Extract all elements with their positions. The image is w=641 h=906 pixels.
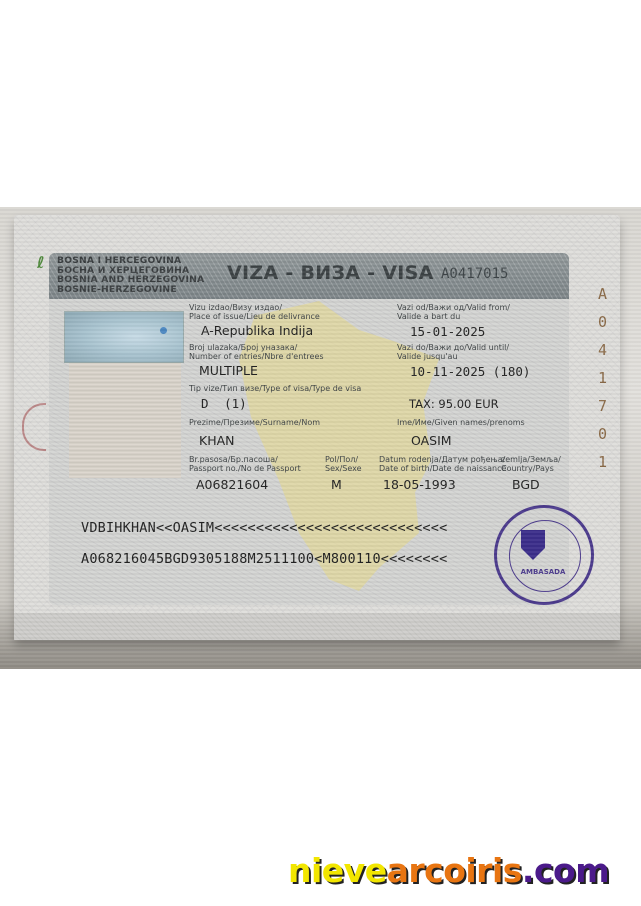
mrz-line-1: VDBIHKHAN<<OASIM<<<<<<<<<<<<<<<<<<<<<<<<…: [81, 520, 447, 536]
surname-label: Prezime/Презиме/Surname/Nom: [189, 418, 320, 427]
dob-label: Datum rodenja/Датум рођења/ Date of birt…: [379, 455, 506, 473]
dob-label-2: Date of birth/Date de naissance: [379, 464, 506, 473]
passport-no-value: A06821604: [196, 477, 268, 492]
passport-no-label-1: Br.pasosa/Бр.пасоша/: [189, 455, 301, 464]
sex-label: Pol/Пол/ Sex/Sexe: [325, 455, 362, 473]
dob-label-1: Datum rodenja/Датум рођења/: [379, 455, 506, 464]
visa-title: VIZA - ВИЗА - VISA: [227, 262, 434, 284]
dob-value: 18-05-1993: [383, 477, 456, 492]
watermark-part-3: .com: [522, 851, 609, 890]
side-stamp-icon: [22, 403, 46, 451]
valid-until-label-1: Vazi do/Важи до/Valid until/: [397, 343, 509, 352]
visa-number: A0417015: [441, 266, 508, 282]
entries-label-2: Number of entries/Nbre d'entrees: [189, 352, 324, 361]
stamp-text: AMBASADA: [503, 568, 583, 576]
country-name-fr: BOSNIE-HERZEGOVINE: [57, 285, 204, 295]
page-bottom-band: [14, 613, 620, 640]
visa-type-letter: D: [201, 396, 209, 411]
photo-placeholder: [69, 363, 181, 478]
tax-value: TAX: 95.00 EUR: [409, 397, 499, 411]
place-of-issue-value: A-Republika Indija: [201, 323, 313, 338]
perforation-digit: 7: [598, 397, 606, 415]
place-of-issue-label-1: Vizu izdao/Визу издао/: [189, 303, 320, 312]
place-of-issue-label: Vizu izdao/Визу издао/ Place of issue/Li…: [189, 303, 320, 321]
valid-from-label-2: Valide a bart du: [397, 312, 510, 321]
visa-type-value: D (1): [201, 396, 247, 411]
passport-no-label-2: Passport no./No de Passport: [189, 464, 301, 473]
sex-label-1: Pol/Пол/: [325, 455, 362, 464]
valid-until-date: 10-11-2025: [410, 364, 485, 379]
perforation-digit: A: [598, 285, 606, 303]
watermark-logo: nievearcoiris.com: [288, 851, 609, 890]
passport-no-label: Br.pasosa/Бр.пасоша/ Passport no./No de …: [189, 455, 301, 473]
country-names: BOSNA I HERCEGOVINA БОСНА И ХЕРЦЕГОВИНА …: [57, 256, 204, 294]
perforation-digit: 0: [598, 425, 606, 443]
given-names-label: Ime/Име/Given names/prenoms: [397, 418, 525, 427]
valid-days: (180): [493, 364, 531, 379]
perforated-number: A 0 4 1 7 0 1: [587, 285, 617, 515]
entries-value: MULTIPLE: [199, 363, 258, 378]
visa-type-label: Tip vize/Тип визе/Type of visa/Type de v…: [189, 384, 361, 393]
passport-page: ℓ BOSNA I HERCEGOVINA БОСНА И ХЕРЦЕГОВИН…: [14, 215, 620, 640]
entries-label-1: Broj ulazaka/Број уназака/: [189, 343, 324, 352]
visa-header: ℓ BOSNA I HERCEGOVINA БОСНА И ХЕРЦЕГОВИН…: [49, 253, 569, 299]
entries-label: Broj ulazaka/Број уназака/ Number of ent…: [189, 343, 324, 361]
perforation-digit: 1: [598, 369, 606, 387]
watermark-part-2: arcoiris: [387, 851, 522, 890]
valid-from-value: 15-01-2025: [410, 324, 485, 339]
watermark-part-1: nieve: [288, 851, 387, 890]
valid-until-label: Vazi do/Важи до/Valid until/ Valide jusq…: [397, 343, 509, 361]
perforation-digit: 1: [598, 453, 606, 471]
sex-label-2: Sex/Sexe: [325, 464, 362, 473]
valid-from-label-1: Vazi od/Важи од/Valid from/: [397, 303, 510, 312]
perforation-digit: 0: [598, 313, 606, 331]
mrz-line-2: A068216045BGD9305188M2511100<M800110<<<<…: [81, 551, 447, 567]
hologram-icon: [64, 311, 184, 363]
visa-type-count: (1): [224, 396, 247, 411]
perforation-digit: 4: [598, 341, 606, 359]
leaf-logo-icon: ℓ: [37, 253, 45, 272]
hologram-dot: [160, 327, 167, 334]
embassy-stamp-icon: AMBASADA: [494, 505, 594, 605]
valid-from-label: Vazi od/Важи од/Valid from/ Valide a bar…: [397, 303, 510, 321]
sex-value: M: [331, 477, 342, 492]
stamp-inner-ring: [509, 520, 581, 592]
given-names-value: OASIM: [411, 433, 452, 448]
country-label-1: zemlja/Земља/: [501, 455, 561, 464]
country-value: BGD: [512, 477, 540, 492]
place-of-issue-label-2: Place of issue/Lieu de delivrance: [189, 312, 320, 321]
valid-until-label-2: Valide jusqu'au: [397, 352, 509, 361]
country-label: zemlja/Земља/ Country/Pays: [501, 455, 561, 473]
valid-until-value: 10-11-2025 (180): [410, 364, 530, 379]
surname-value: KHAN: [199, 433, 235, 448]
visa-sticker: ℓ BOSNA I HERCEGOVINA БОСНА И ХЕРЦЕГОВИН…: [49, 253, 569, 605]
country-label-2: Country/Pays: [501, 464, 561, 473]
visa-photo: ℓ BOSNA I HERCEGOVINA БОСНА И ХЕРЦЕГОВИН…: [0, 207, 641, 669]
